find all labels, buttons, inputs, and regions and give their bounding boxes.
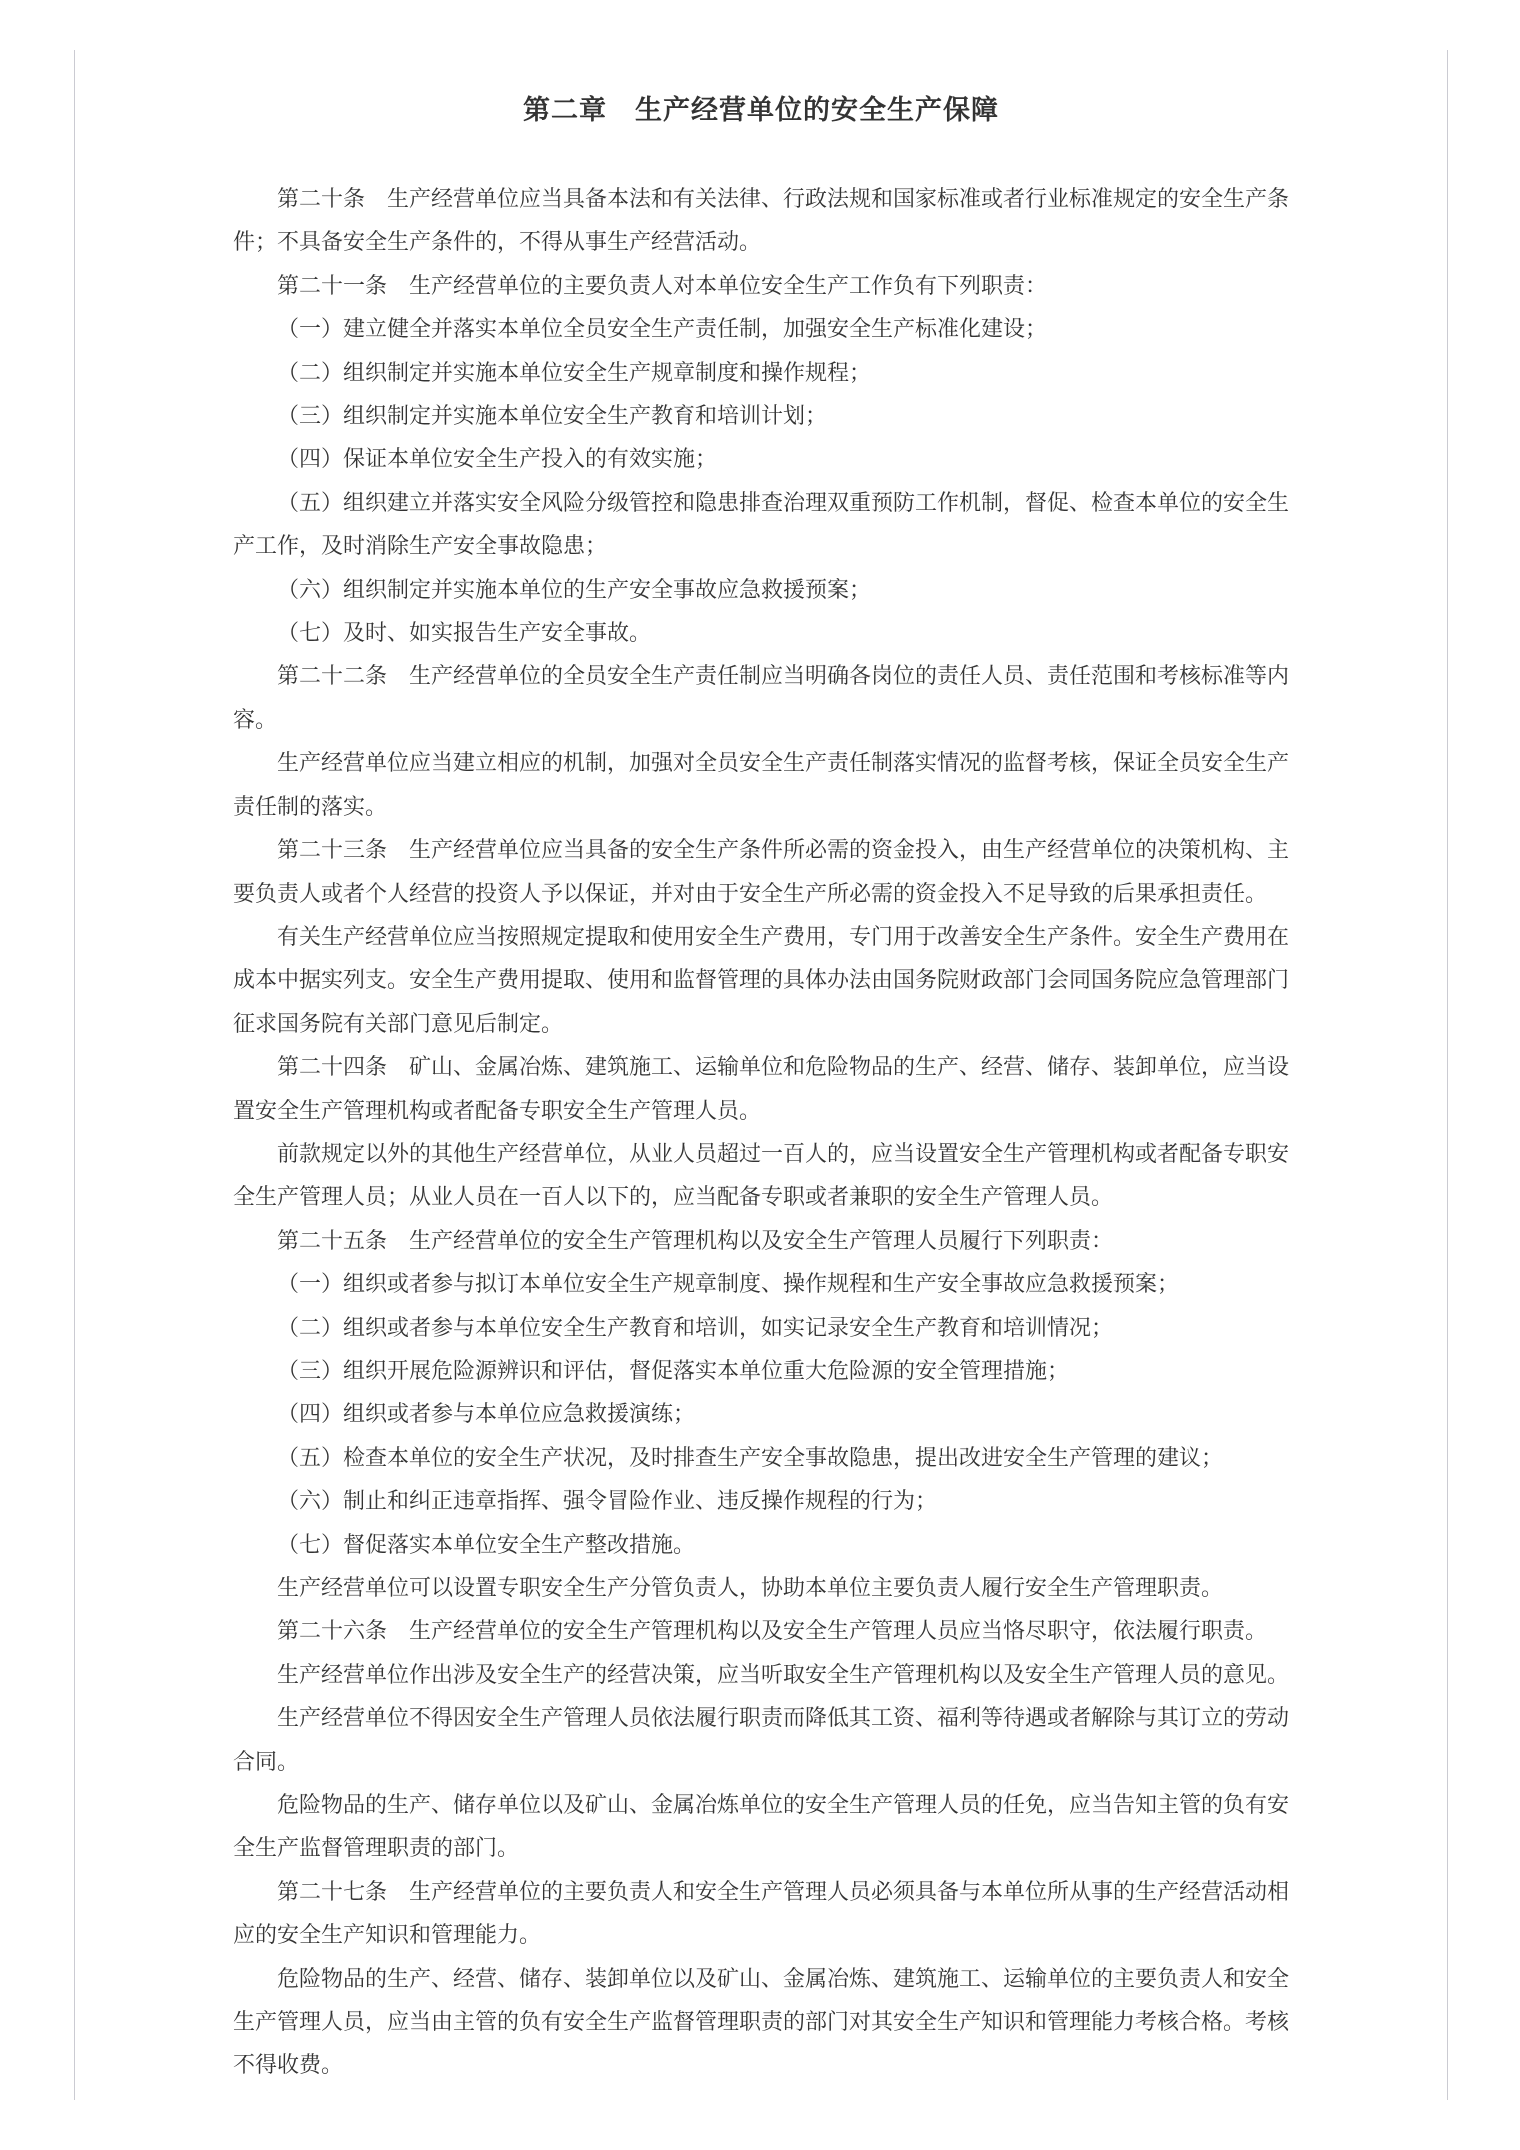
article-paragraph: （三）组织制定并实施本单位安全生产教育和培训计划；: [233, 394, 1289, 437]
article-paragraph: （五）检查本单位的安全生产状况，及时排查生产安全事故隐患，提出改进安全生产管理的…: [233, 1436, 1289, 1479]
article-paragraph: 第二十六条 生产经营单位的安全生产管理机构以及安全生产管理人员应当恪尽职守，依法…: [233, 1609, 1289, 1652]
article-paragraph: 第二十四条 矿山、金属冶炼、建筑施工、运输单位和危险物品的生产、经营、储存、装卸…: [233, 1045, 1289, 1132]
article-paragraph: （四）组织或者参与本单位应急救援演练；: [233, 1392, 1289, 1435]
article-paragraph: 生产经营单位不得因安全生产管理人员依法履行职责而降低其工资、福利等待遇或者解除与…: [233, 1696, 1289, 1783]
article-paragraph: 有关生产经营单位应当按照规定提取和使用安全生产费用，专门用于改善安全生产条件。安…: [233, 915, 1289, 1045]
article-paragraph: （二）组织制定并实施本单位安全生产规章制度和操作规程；: [233, 351, 1289, 394]
article-paragraph: （六）组织制定并实施本单位的生产安全事故应急救援预案；: [233, 568, 1289, 611]
article-paragraph: 第二十三条 生产经营单位应当具备的安全生产条件所必需的资金投入，由生产经营单位的…: [233, 828, 1289, 915]
article-paragraph: （七）及时、如实报告生产安全事故。: [233, 611, 1289, 654]
article-paragraph: 生产经营单位应当建立相应的机制，加强对全员安全生产责任制落实情况的监督考核，保证…: [233, 741, 1289, 828]
article-paragraph: （一）组织或者参与拟订本单位安全生产规章制度、操作规程和生产安全事故应急救援预案…: [233, 1262, 1289, 1305]
article-paragraph: 第二十条 生产经营单位应当具备本法和有关法律、行政法规和国家标准或者行业标准规定…: [233, 177, 1289, 264]
article-paragraph: 危险物品的生产、储存单位以及矿山、金属冶炼单位的安全生产管理人员的任免，应当告知…: [233, 1783, 1289, 1870]
article-paragraph: 第二十二条 生产经营单位的全员安全生产责任制应当明确各岗位的责任人员、责任范围和…: [233, 654, 1289, 741]
article-paragraph: （三）组织开展危险源辨识和评估，督促落实本单位重大危险源的安全管理措施；: [233, 1349, 1289, 1392]
article-paragraph: （一）建立健全并落实本单位全员安全生产责任制，加强安全生产标准化建设；: [233, 307, 1289, 350]
article-paragraph: 生产经营单位可以设置专职安全生产分管负责人，协助本单位主要负责人履行安全生产管理…: [233, 1566, 1289, 1609]
article-paragraph: 第二十五条 生产经营单位的安全生产管理机构以及安全生产管理人员履行下列职责：: [233, 1219, 1289, 1262]
article-paragraph: （七）督促落实本单位安全生产整改措施。: [233, 1523, 1289, 1566]
article-paragraph: （五）组织建立并落实安全风险分级管控和隐患排查治理双重预防工作机制，督促、检查本…: [233, 481, 1289, 568]
document-viewport: { "theme": { "background": "#ffffff", "p…: [0, 0, 1520, 2150]
article-paragraph: 生产经营单位作出涉及安全生产的经营决策，应当听取安全生产管理机构以及安全生产管理…: [233, 1653, 1289, 1696]
article-paragraph: （六）制止和纠正违章指挥、强令冒险作业、违反操作规程的行为；: [233, 1479, 1289, 1522]
article-paragraph: 危险物品的生产、经营、储存、装卸单位以及矿山、金属冶炼、建筑施工、运输单位的主要…: [233, 1957, 1289, 2087]
article-paragraph: 第二十七条 生产经营单位的主要负责人和安全生产管理人员必须具备与本单位所从事的生…: [233, 1870, 1289, 1957]
article-paragraph: 第二十一条 生产经营单位的主要负责人对本单位安全生产工作负有下列职责：: [233, 264, 1289, 307]
article-paragraph: （四）保证本单位安全生产投入的有效实施；: [233, 437, 1289, 480]
document-page: 第二章 生产经营单位的安全生产保障 第二十条 生产经营单位应当具备本法和有关法律…: [74, 50, 1448, 2100]
article-paragraph: 前款规定以外的其他生产经营单位，从业人员超过一百人的，应当设置安全生产管理机构或…: [233, 1132, 1289, 1219]
document-body: 第二十条 生产经营单位应当具备本法和有关法律、行政法规和国家标准或者行业标准规定…: [233, 177, 1289, 2087]
chapter-title: 第二章 生产经营单位的安全生产保障: [233, 90, 1289, 130]
article-paragraph: （二）组织或者参与本单位安全生产教育和培训，如实记录安全生产教育和培训情况；: [233, 1306, 1289, 1349]
